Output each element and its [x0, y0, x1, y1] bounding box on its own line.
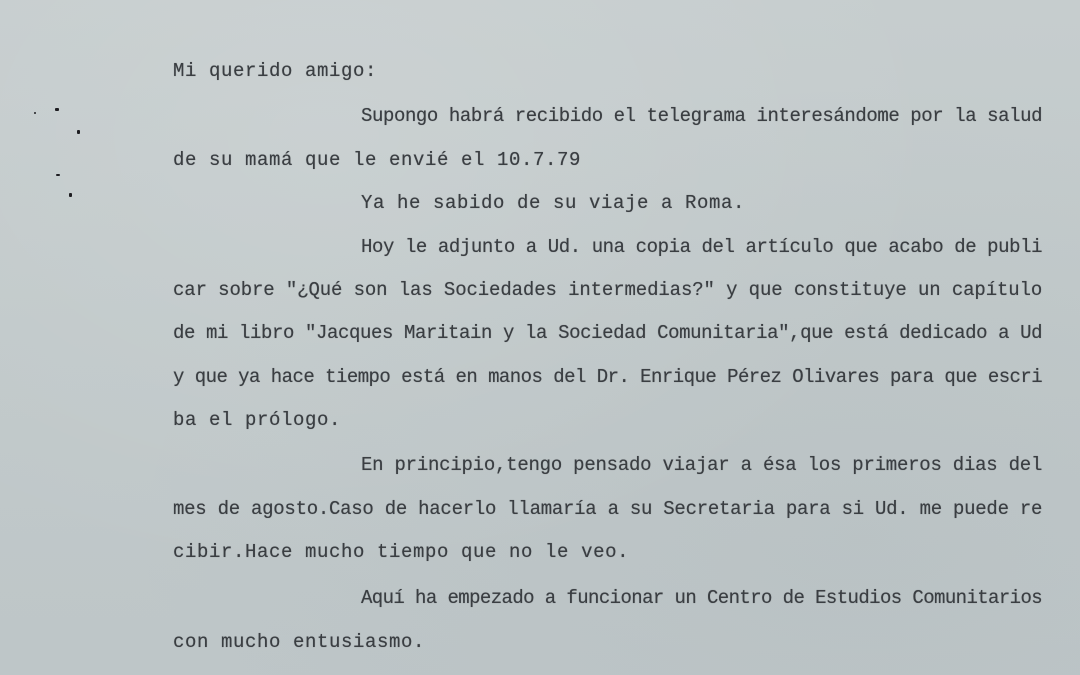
letter-line: Hoy le adjunto a Ud. una copia del artíc… [361, 235, 1042, 259]
letter-line: y que ya hace tiempo está en manos del D… [173, 365, 1042, 389]
letter-page: Mi querido amigo: Supongo habrá recibido… [0, 0, 1080, 675]
margin-mark [77, 130, 80, 134]
letter-line: ba el prólogo. [173, 408, 341, 432]
margin-mark [55, 108, 59, 111]
letter-line: de mi libro "Jacques Maritain y la Socie… [173, 321, 1042, 345]
letter-line: En principio,tengo pensado viajar a ésa … [361, 453, 1042, 477]
margin-mark [56, 174, 60, 176]
letter-line: Ya he sabido de su viaje a Roma. [361, 191, 745, 215]
salutation: Mi querido amigo: [173, 59, 377, 83]
letter-line: Supongo habrá recibido el telegrama inte… [361, 104, 1042, 128]
margin-mark [69, 193, 72, 197]
margin-mark [34, 112, 36, 114]
letter-line: cibir.Hace mucho tiempo que no le veo. [173, 540, 629, 564]
letter-line: Aquí ha empezado a funcionar un Centro d… [361, 586, 1042, 610]
letter-line: mes de agosto.Caso de hacerlo llamaría a… [173, 497, 1042, 521]
letter-line: con mucho entusiasmo. [173, 630, 425, 654]
letter-line: car sobre "¿Qué son las Sociedades inter… [173, 278, 1042, 302]
letter-line: de su mamá que le envié el 10.7.79 [173, 148, 581, 172]
